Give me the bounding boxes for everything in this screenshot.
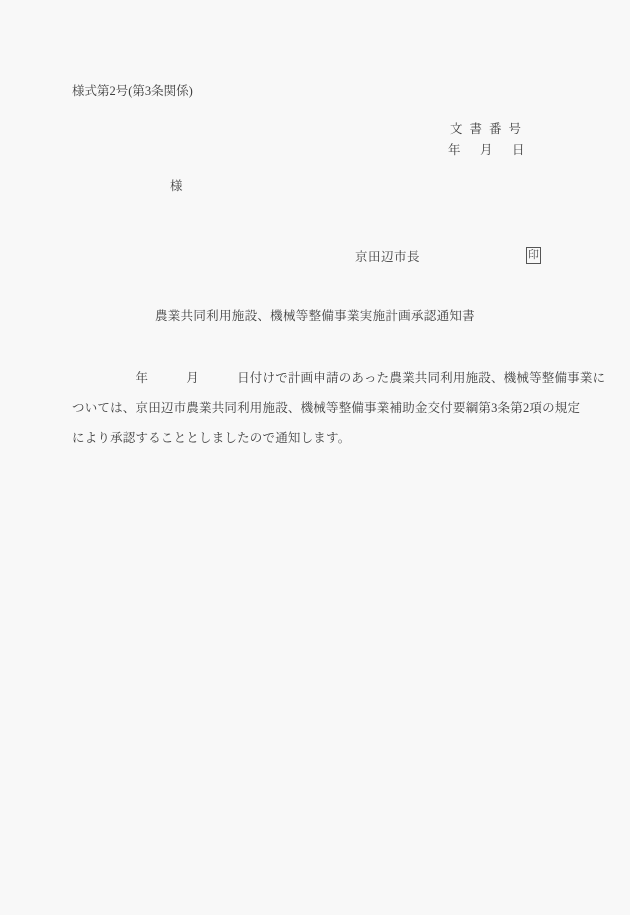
body-line: により承認することとしましたので通知します。 — [72, 423, 592, 453]
date-line: 年 月 日 — [448, 140, 528, 158]
sender-name: 京田辺市長 — [355, 247, 420, 265]
document-page: 様式第2号(第3条関係) 文書番号 年 月 日 様 京田辺市長 印 農業共同利用… — [0, 0, 630, 915]
doc-number-label: 文書番号 — [450, 119, 528, 137]
form-number: 様式第2号(第3条関係) — [72, 81, 193, 99]
seal-character: 印 — [528, 250, 539, 261]
document-title: 農業共同利用施設、機械等整備事業実施計画承認通知書 — [0, 306, 630, 324]
body-line: ついては、京田辺市農業共同利用施設、機械等整備事業補助金交付要綱第3条第2項の規… — [72, 393, 592, 423]
document-body: 年 月 日付けで計画申請のあった農業共同利用施設、機械等整備事業に ついては、京… — [72, 363, 592, 453]
seal-mark: 印 — [526, 247, 541, 264]
addressee-suffix: 様 — [170, 176, 183, 194]
body-line: 年 月 日付けで計画申請のあった農業共同利用施設、機械等整備事業に — [72, 363, 592, 393]
